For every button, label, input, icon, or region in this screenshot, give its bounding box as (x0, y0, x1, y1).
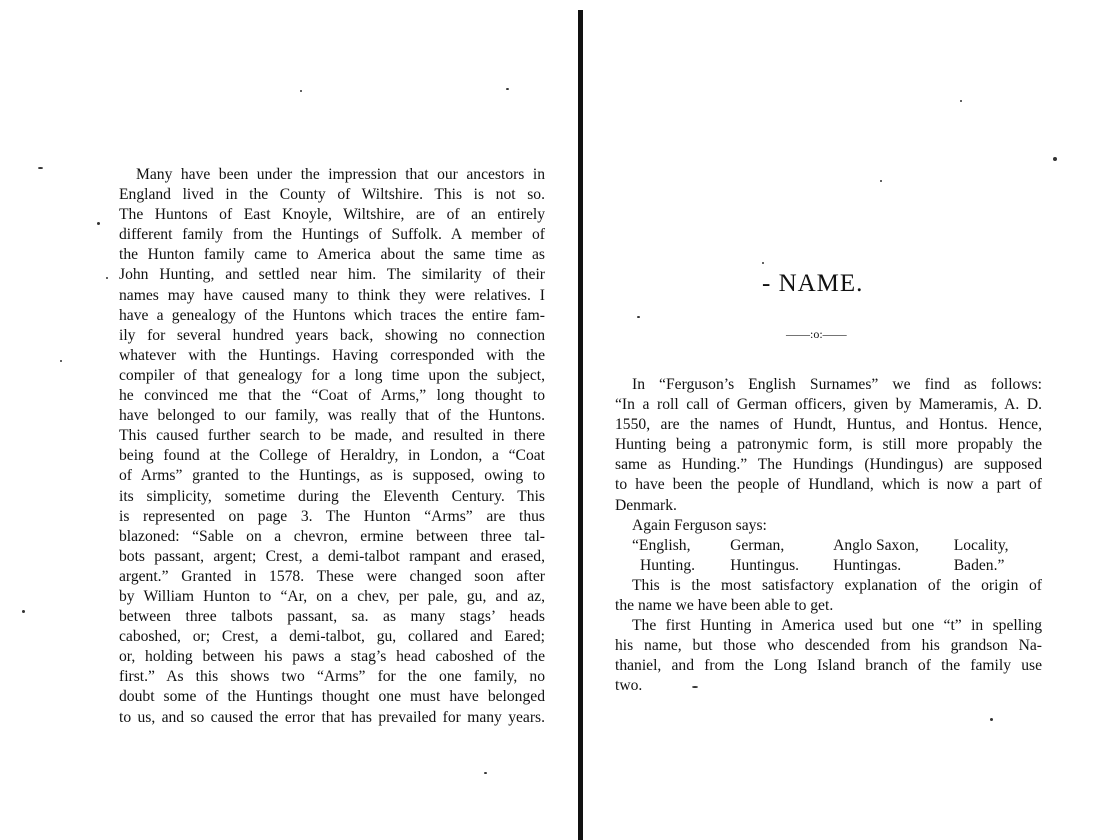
text-line: first.” As this shows two “Arms” for the… (119, 667, 545, 687)
text-line: or, holding between his paws a stag’s he… (119, 647, 545, 667)
text-line: This caused further search to be made, a… (119, 426, 545, 446)
text-line: Many have been under the impression that… (119, 165, 545, 185)
text-line: have a genealogy of the Huntons which tr… (119, 306, 545, 326)
text-line: being found at the College of Heraldry, … (119, 446, 545, 466)
text-line: “In a roll call of German officers, give… (615, 395, 1042, 415)
text-line: the name we have been able to get. (615, 596, 1042, 616)
text-line: The Huntons of East Knoyle, Wiltshire, a… (119, 205, 545, 225)
right-page-body-text: In “Ferguson’s English Surnames” we find… (615, 375, 1042, 697)
text-line: blazoned: “Sable on a chevron, ermine be… (119, 527, 545, 547)
text-line: Again Ferguson says: (615, 516, 1042, 536)
title-ornament-divider: ——:o:—— (786, 327, 847, 342)
chapter-title: - NAME. (762, 270, 863, 298)
table-cell: “English, (632, 536, 730, 556)
table-cell: Huntingus. (730, 556, 833, 576)
text-line: doubt some of the Huntings thought one m… (119, 687, 545, 707)
table-cell: Locality, (954, 536, 1042, 556)
text-line: same as Hunding.” The Hundings (Hundingu… (615, 455, 1042, 475)
text-line: Denmark. (615, 496, 1042, 516)
table-cell: Huntingas. (833, 556, 954, 576)
book-gutter-line (578, 10, 583, 840)
text-line: The first Hunting in America used but on… (615, 616, 1042, 636)
table-cell: Hunting. (632, 556, 730, 576)
text-line: he convinced me that the “Coat of Arms,”… (119, 386, 545, 406)
text-line: This is the most satisfactory explanatio… (615, 576, 1042, 596)
text-line: England lived in the County of Wiltshire… (119, 185, 545, 205)
surname-table-row: “English, German, Anglo Saxon, Locality, (615, 536, 1042, 556)
text-line: is represented on page 3. The Hunton “Ar… (119, 507, 545, 527)
table-cell: Anglo Saxon, (833, 536, 954, 556)
text-line: between three talbots passant, sa. as ma… (119, 607, 545, 627)
text-line: of Arms” granted to the Huntings, as is … (119, 466, 545, 486)
text-line: 1550, are the names of Hundt, Huntus, an… (615, 415, 1042, 435)
text-line: whatever with the Huntings. Having corre… (119, 346, 545, 366)
text-line: by William Hunton to “Ar, on a chev, per… (119, 587, 545, 607)
text-line: Hunting being a patronymic form, is stil… (615, 435, 1042, 455)
text-line: compiler of that genealogy for a long ti… (119, 366, 545, 386)
text-line: bots passant, argent; Crest, a demi-talb… (119, 547, 545, 567)
right-page: - NAME. ——:o:—— In “Ferguson’s English S… (584, 0, 1098, 840)
text-line: argent.” Granted in 1578. These were cha… (119, 567, 545, 587)
table-cell: Baden.” (954, 556, 1042, 576)
text-line: John Hunting, and settled near him. The … (119, 265, 545, 285)
text-line: its simplicity, sometime during the Elev… (119, 487, 545, 507)
text-line: different family from the Huntings of Su… (119, 225, 545, 245)
table-cell: German, (730, 536, 833, 556)
text-line: caboshed, or; Crest, a demi-talbot, gu, … (119, 627, 545, 647)
text-line: have belonged to our family, was really … (119, 406, 545, 426)
text-line: In “Ferguson’s English Surnames” we find… (615, 375, 1042, 395)
text-line: two. (615, 676, 1042, 696)
text-line: his name, but those who descended from h… (615, 636, 1042, 656)
text-line: ily for several hundred years back, show… (119, 326, 545, 346)
text-line: thaniel, and from the Long Island branch… (615, 656, 1042, 676)
text-line: to us, and so caused the error that has … (119, 708, 545, 728)
left-page-body-text: Many have been under the impression that… (119, 165, 545, 728)
text-line: names may have caused many to think they… (119, 286, 545, 306)
text-line: the Hunton family came to America about … (119, 245, 545, 265)
left-page: Many have been under the impression that… (0, 0, 578, 840)
surname-table-row: Hunting. Huntingus. Huntingas. Baden.” (615, 556, 1042, 576)
text-line: to have been the people of Hundland, whi… (615, 475, 1042, 495)
